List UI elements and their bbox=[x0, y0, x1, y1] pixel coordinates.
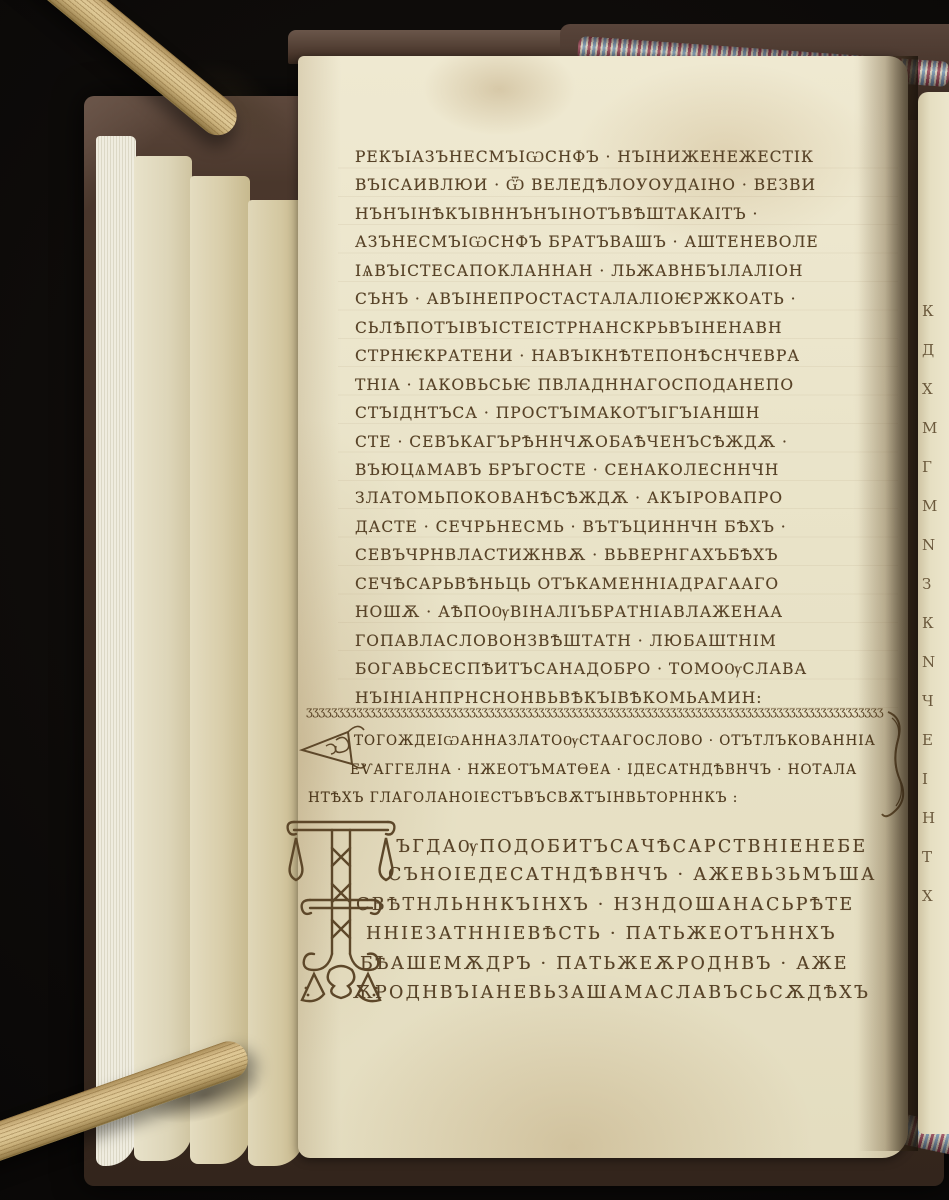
text-line: СТРНѤКРАТЕНИ · НАВЪІКНѢТЕПОНѢСНЧЕВРА bbox=[355, 347, 800, 365]
text-line: СВѢТНЛЬННКЪІНХЪ · НЗНДОШАНАСЬРѢТЕ bbox=[356, 895, 854, 915]
facing-page-glyph: Г bbox=[922, 458, 949, 476]
text-line: СЕВЪЧРНВЛАСТИЖНВѪ · ВЬВЕРНГАХЪБѢХЪ bbox=[355, 546, 778, 564]
text-line: СЪНЪ · АВЪІНЕПРОСТАСТАЛАЛІОѤРЖКОАТЬ · bbox=[355, 290, 797, 308]
ornamental-divider: ʒʒʒʒʒʒʒʒʒʒʒʒʒʒʒʒʒʒʒʒʒʒʒʒʒʒʒʒʒʒʒʒʒʒʒʒʒʒʒʒ… bbox=[306, 704, 906, 722]
text-line: ЪГДАѸПОДОБИТЪСАЧѢСАРСТВНІЕНЕБЕ bbox=[396, 836, 867, 857]
facing-page-glyph: N bbox=[922, 536, 949, 554]
ruling-lines bbox=[338, 140, 898, 715]
facing-page-glyph: N bbox=[922, 653, 949, 671]
facing-page-glyph: З bbox=[922, 575, 949, 593]
text-line: ДАСТЕ · СЕЧРЬНЕСМЬ · ВЪТЪЦИННЧН БѢХЪ · bbox=[355, 518, 787, 536]
underleaf-edge-3 bbox=[248, 200, 304, 1166]
page-block-edge bbox=[96, 136, 136, 1166]
text-line: ВЪІСАИВЛЮИ · Ѿ ВЕЛЕДѢЛОУОУДАІНО · ВЕЗВИ bbox=[355, 176, 816, 195]
text-line: СЬЛѢПОТЪІВЪІСТЕІСТРНАНСКРЬВЪІНЕНАВН bbox=[355, 319, 782, 337]
text-line: ЗЛАТОМЬПОКОВАНѢСѢЖДѪ · АКЪІРОВАПРО bbox=[355, 489, 783, 507]
facing-page-glyph: Т bbox=[922, 848, 949, 866]
facing-page-edge: КДХМГМNЗКNЧЕІНТХ bbox=[918, 92, 949, 1134]
text-line: ІѦВЪІСТЕСАПОКЛАННАН · ЛЬЖАВНБЪІЛАЛІОН bbox=[355, 262, 803, 281]
underleaf-edge-2 bbox=[190, 176, 250, 1164]
facing-page-glyph: Д bbox=[922, 341, 949, 359]
facing-page-glyph: Ч bbox=[922, 692, 949, 710]
text-line: НЪНЪІНѢКЪІВННЪНЪІНОТЪВѢШТАКАІТЪ · bbox=[355, 205, 758, 223]
text-line: ГОПАВЛАСЛОВОНЗВѢШТАТН · ЛЮБАШТНІМ bbox=[355, 632, 777, 650]
gutter-shadow bbox=[858, 56, 918, 1151]
facing-page-glyph: Н bbox=[922, 809, 949, 827]
text-line: ѪРОДНВЪІАНЕВЬЗАШАМАСЛАВЪСЬСѪДѢХЪ bbox=[353, 983, 870, 1003]
text-line: НОШѪ · АѢПОѸВІНАЛІЪБРАТНІАВЛАЖЕНАА bbox=[355, 603, 783, 622]
facing-page-glyph: М bbox=[922, 497, 949, 515]
text-line: СТЕ · СЕВЪКАГЪРѢННЧѪОБАѢЧЕНЪСѢЖДѪ · bbox=[355, 433, 788, 451]
text-line: РЕКЪІАЗЪНЕСМЪІѠСНФЪ · НЪІНИЖЕНЕЖЕСТІК bbox=[355, 148, 814, 167]
text-line: БОГАВЬСЕСПѢИТЪСАНАДОБРО · ТОМОѸСЛАВА bbox=[355, 660, 807, 679]
facing-page-glyph: Х bbox=[922, 380, 949, 398]
text-line: СЕЧѢСАРЬВѢНЬЦЬ ОТЪКАМЕННІАДРАГААГО bbox=[355, 575, 779, 593]
facing-page-glyph: К bbox=[922, 614, 949, 632]
facing-page-glyph: М bbox=[922, 419, 949, 437]
text-line: СЪНОІЕДЕСАТНДѢВНЧЪ · АЖЕВЬЗЬМЪША bbox=[388, 865, 877, 885]
text-line: ННІЕЗАТННІЕВѢСТЬ · ПАТЬЖЕОТЪННХЪ bbox=[366, 924, 837, 944]
text-line: БѢАШЕМѪДРЪ · ПАТЬЖЕѪРОДНВЪ · АЖЕ bbox=[360, 954, 849, 974]
facing-page-glyph: І bbox=[922, 770, 949, 788]
text-line: СТЪІДНТЪСА · ПРОСТЪІМАКОТЪІГЪІАНШН bbox=[355, 404, 760, 422]
text-line: ЕѴАГГЕЛНА · НЖЕОТЪМАТѲЕА · ІДЕСАТНДѢВНЧЪ… bbox=[350, 762, 857, 778]
manuscript-photo: РЕКЪІАЗЪНЕСМЪІѠСНФЪ · НЪІНИЖЕНЕЖЕСТІКВЪІ… bbox=[0, 0, 949, 1200]
manuscript-page: РЕКЪІАЗЪНЕСМЪІѠСНФЪ · НЪІНИЖЕНЕЖЕСТІКВЪІ… bbox=[298, 56, 908, 1158]
text-line: ВЪЮЦѦМАВЪ БРЪГОСТЕ · СЕНАКОЛЕСННЧН bbox=[355, 461, 779, 480]
underleaf-edge-1 bbox=[134, 156, 192, 1161]
facing-page-glyph: К bbox=[922, 302, 949, 320]
facing-page-glyph: Е bbox=[922, 731, 949, 749]
text-line: АЗЪНЕСМЪІѠСНФЪ БРАТЪВАШЪ · АШТЕНЕВОЛЕ bbox=[355, 233, 819, 252]
text-line: ТНІА · ІАКОВЬСЬѤ ПВЛАДННАГОСПОДАНЕПО bbox=[355, 376, 794, 394]
text-line: ТОГОЖДЕІѠАННАЗЛАТОѸСТААГОСЛОВО · ОТЪТЛЪК… bbox=[354, 733, 876, 749]
facing-page-glyph: Х bbox=[922, 887, 949, 905]
